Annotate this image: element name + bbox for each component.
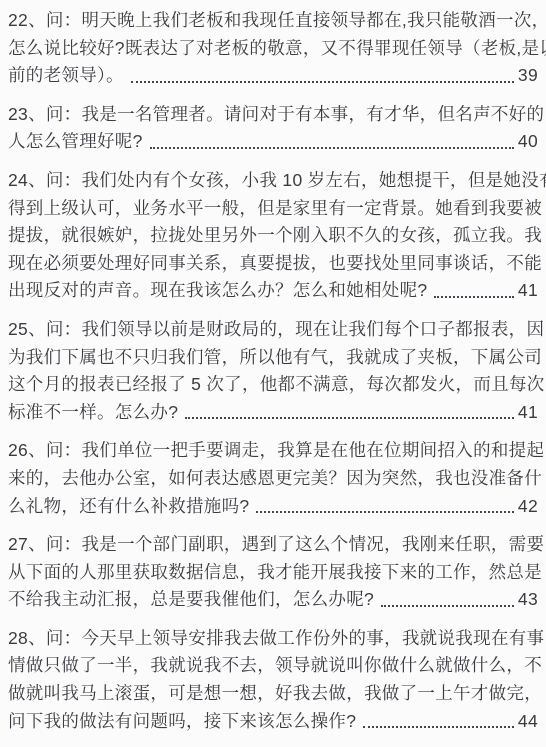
toc-entry-line: 为我们下属也不只归我们管，所以他有气，我就成了夹板，下属公司	[8, 344, 538, 372]
toc-entry-text: 问下我的做法有问题吗，接下来该怎么操作?	[8, 708, 356, 736]
toc-entry-line: 27、问：我是一个部门副职，遇到了这么个情况，我刚来任职，需要	[8, 531, 538, 559]
page-number: 41	[518, 277, 538, 305]
toc-entry-25[interactable]: 25、问：我们领导以前是财政局的，现在让我们每个口子都报表，因为我们下属也不只归…	[8, 316, 538, 426]
toc-entry-line: 25、问：我们领导以前是财政局的，现在让我们每个口子都报表，因	[8, 316, 538, 344]
toc-entry-last-line: 问下我的做法有问题吗，接下来该怎么操作? 44	[8, 708, 538, 736]
toc-entry-body: 26、问：我们单位一把手要调走，我算是在他在位期间招入的和提起来的，去他办公室，…	[8, 437, 538, 492]
toc-entry-text: 不给我主动汇报，总是要我催他们，怎么办呢?	[8, 586, 374, 614]
dot-leader	[256, 511, 513, 513]
toc-entry-line: 26、问：我们单位一把手要调走，我算是在他在位期间招入的和提起	[8, 437, 538, 465]
toc-entry-line: 来的，去他办公室，如何表达感恩更完美？因为突然，我也没准备什	[8, 465, 538, 493]
dot-leader	[131, 81, 514, 83]
toc-entry-body: 25、问：我们领导以前是财政局的，现在让我们每个口子都报表，因为我们下属也不只归…	[8, 316, 538, 399]
dot-leader	[363, 726, 514, 728]
dot-leader	[434, 296, 513, 298]
toc-entry-last-line: 不给我主动汇报，总是要我催他们，怎么办呢? 43	[8, 586, 538, 614]
toc-entry-line: 做就叫我马上滚蛋，可是想一想，好我去做，我做了一上午才做完，	[8, 680, 538, 708]
toc-entry-text: 人怎么管理好呢?	[8, 128, 143, 156]
toc-entry-last-line: 人怎么管理好呢? 40	[8, 128, 538, 156]
toc-entry-line: 这个月的报表已经报了 5 次了，他都不满意，每次都发火，而且每次	[8, 371, 538, 399]
toc-entry-26[interactable]: 26、问：我们单位一把手要调走，我算是在他在位期间招入的和提起来的，去他办公室，…	[8, 437, 538, 520]
toc-entry-line: 22、问：明天晚上我们老板和我现任直接领导都在,我只能敬酒一次，	[8, 7, 538, 35]
page-number: 43	[518, 586, 538, 614]
toc-entry-body: 23、问：我是一名管理者。请问对于有本事，有才华，但名声不好的	[8, 101, 538, 129]
toc-entry-24[interactable]: 24、问：我们处内有个女孩，小我 10 岁左右，她想提干，但是她没有得到上级认可…	[8, 167, 538, 305]
toc-entry-line: 24、问：我们处内有个女孩，小我 10 岁左右，她想提干，但是她没有	[8, 167, 538, 195]
document-page: 22、问：明天晚上我们老板和我现任直接领导都在,我只能敬酒一次，怎么说比较好?既…	[0, 0, 546, 747]
toc-entry-line: 得到上级认可，业务水平一般，但是家里有一定背景。她看到我要被	[8, 195, 538, 223]
toc-entry-last-line: 出现反对的声音。现在我该怎么办？怎么和她相处呢? 41	[8, 277, 538, 305]
toc-entry-line: 23、问：我是一名管理者。请问对于有本事，有才华，但名声不好的	[8, 101, 538, 129]
toc-entry-body: 27、问：我是一个部门副职，遇到了这么个情况，我刚来任职，需要从下面的人那里获取…	[8, 531, 538, 586]
toc-entry-27[interactable]: 27、问：我是一个部门副职，遇到了这么个情况，我刚来任职，需要从下面的人那里获取…	[8, 531, 538, 614]
toc-entry-body: 22、问：明天晚上我们老板和我现任直接领导都在,我只能敬酒一次，怎么说比较好?既…	[8, 7, 538, 62]
toc-entry-text: 标准不一样。怎么办?	[8, 399, 178, 427]
toc-entry-text: 前的老领导）。	[8, 62, 124, 90]
toc-entry-body: 24、问：我们处内有个女孩，小我 10 岁左右，她想提干，但是她没有得到上级认可…	[8, 167, 538, 277]
toc-entry-line: 28、问：今天早上领导安排我去做工作份外的事，我就说我现在有事	[8, 625, 538, 653]
toc-entry-text: 么礼物，还有什么补救措施吗?	[8, 493, 249, 521]
toc-entry-body: 28、问：今天早上领导安排我去做工作份外的事，我就说我现在有事情做只做了一半，我…	[8, 625, 538, 708]
page-number: 42	[518, 493, 538, 521]
toc-entry-last-line: 前的老领导）。 39	[8, 62, 538, 90]
dot-leader	[185, 417, 514, 419]
toc-entry-line: 情做只做了一半，我就说我不去，领导就说叫你做什么就做什么，不	[8, 652, 538, 680]
toc-entry-text: 出现反对的声音。现在我该怎么办？怎么和她相处呢?	[8, 277, 427, 305]
toc-entry-line: 怎么说比较好?既表达了对老板的敬意，又不得罪现任领导（老板,是以	[8, 35, 538, 63]
dot-leader	[381, 605, 514, 607]
toc-entry-last-line: 么礼物，还有什么补救措施吗? 42	[8, 493, 538, 521]
toc-entry-28[interactable]: 28、问：今天早上领导安排我去做工作份外的事，我就说我现在有事情做只做了一半，我…	[8, 625, 538, 735]
toc-entry-23[interactable]: 23、问：我是一名管理者。请问对于有本事，有才华，但名声不好的 人怎么管理好呢?…	[8, 101, 538, 156]
toc-entries: 22、问：明天晚上我们老板和我现任直接领导都在,我只能敬酒一次，怎么说比较好?既…	[8, 7, 538, 735]
page-number: 40	[518, 128, 538, 156]
toc-entry-line: 提拔，就很嫉妒，拉拢处里另外一个刚入职不久的女孩，孤立我。我	[8, 222, 538, 250]
toc-entry-line: 现在必须要处理好同事关系，真要提拔，也要找处里同事谈话，不能	[8, 250, 538, 278]
page-number: 41	[518, 399, 538, 427]
page-number: 44	[518, 708, 538, 736]
toc-entry-last-line: 标准不一样。怎么办? 41	[8, 399, 538, 427]
page-number: 39	[518, 62, 538, 90]
toc-entry-22[interactable]: 22、问：明天晚上我们老板和我现任直接领导都在,我只能敬酒一次，怎么说比较好?既…	[8, 7, 538, 90]
toc-entry-line: 从下面的人那里获取数据信息，我才能开展我接下来的工作，然总是	[8, 559, 538, 587]
dot-leader	[150, 147, 514, 149]
